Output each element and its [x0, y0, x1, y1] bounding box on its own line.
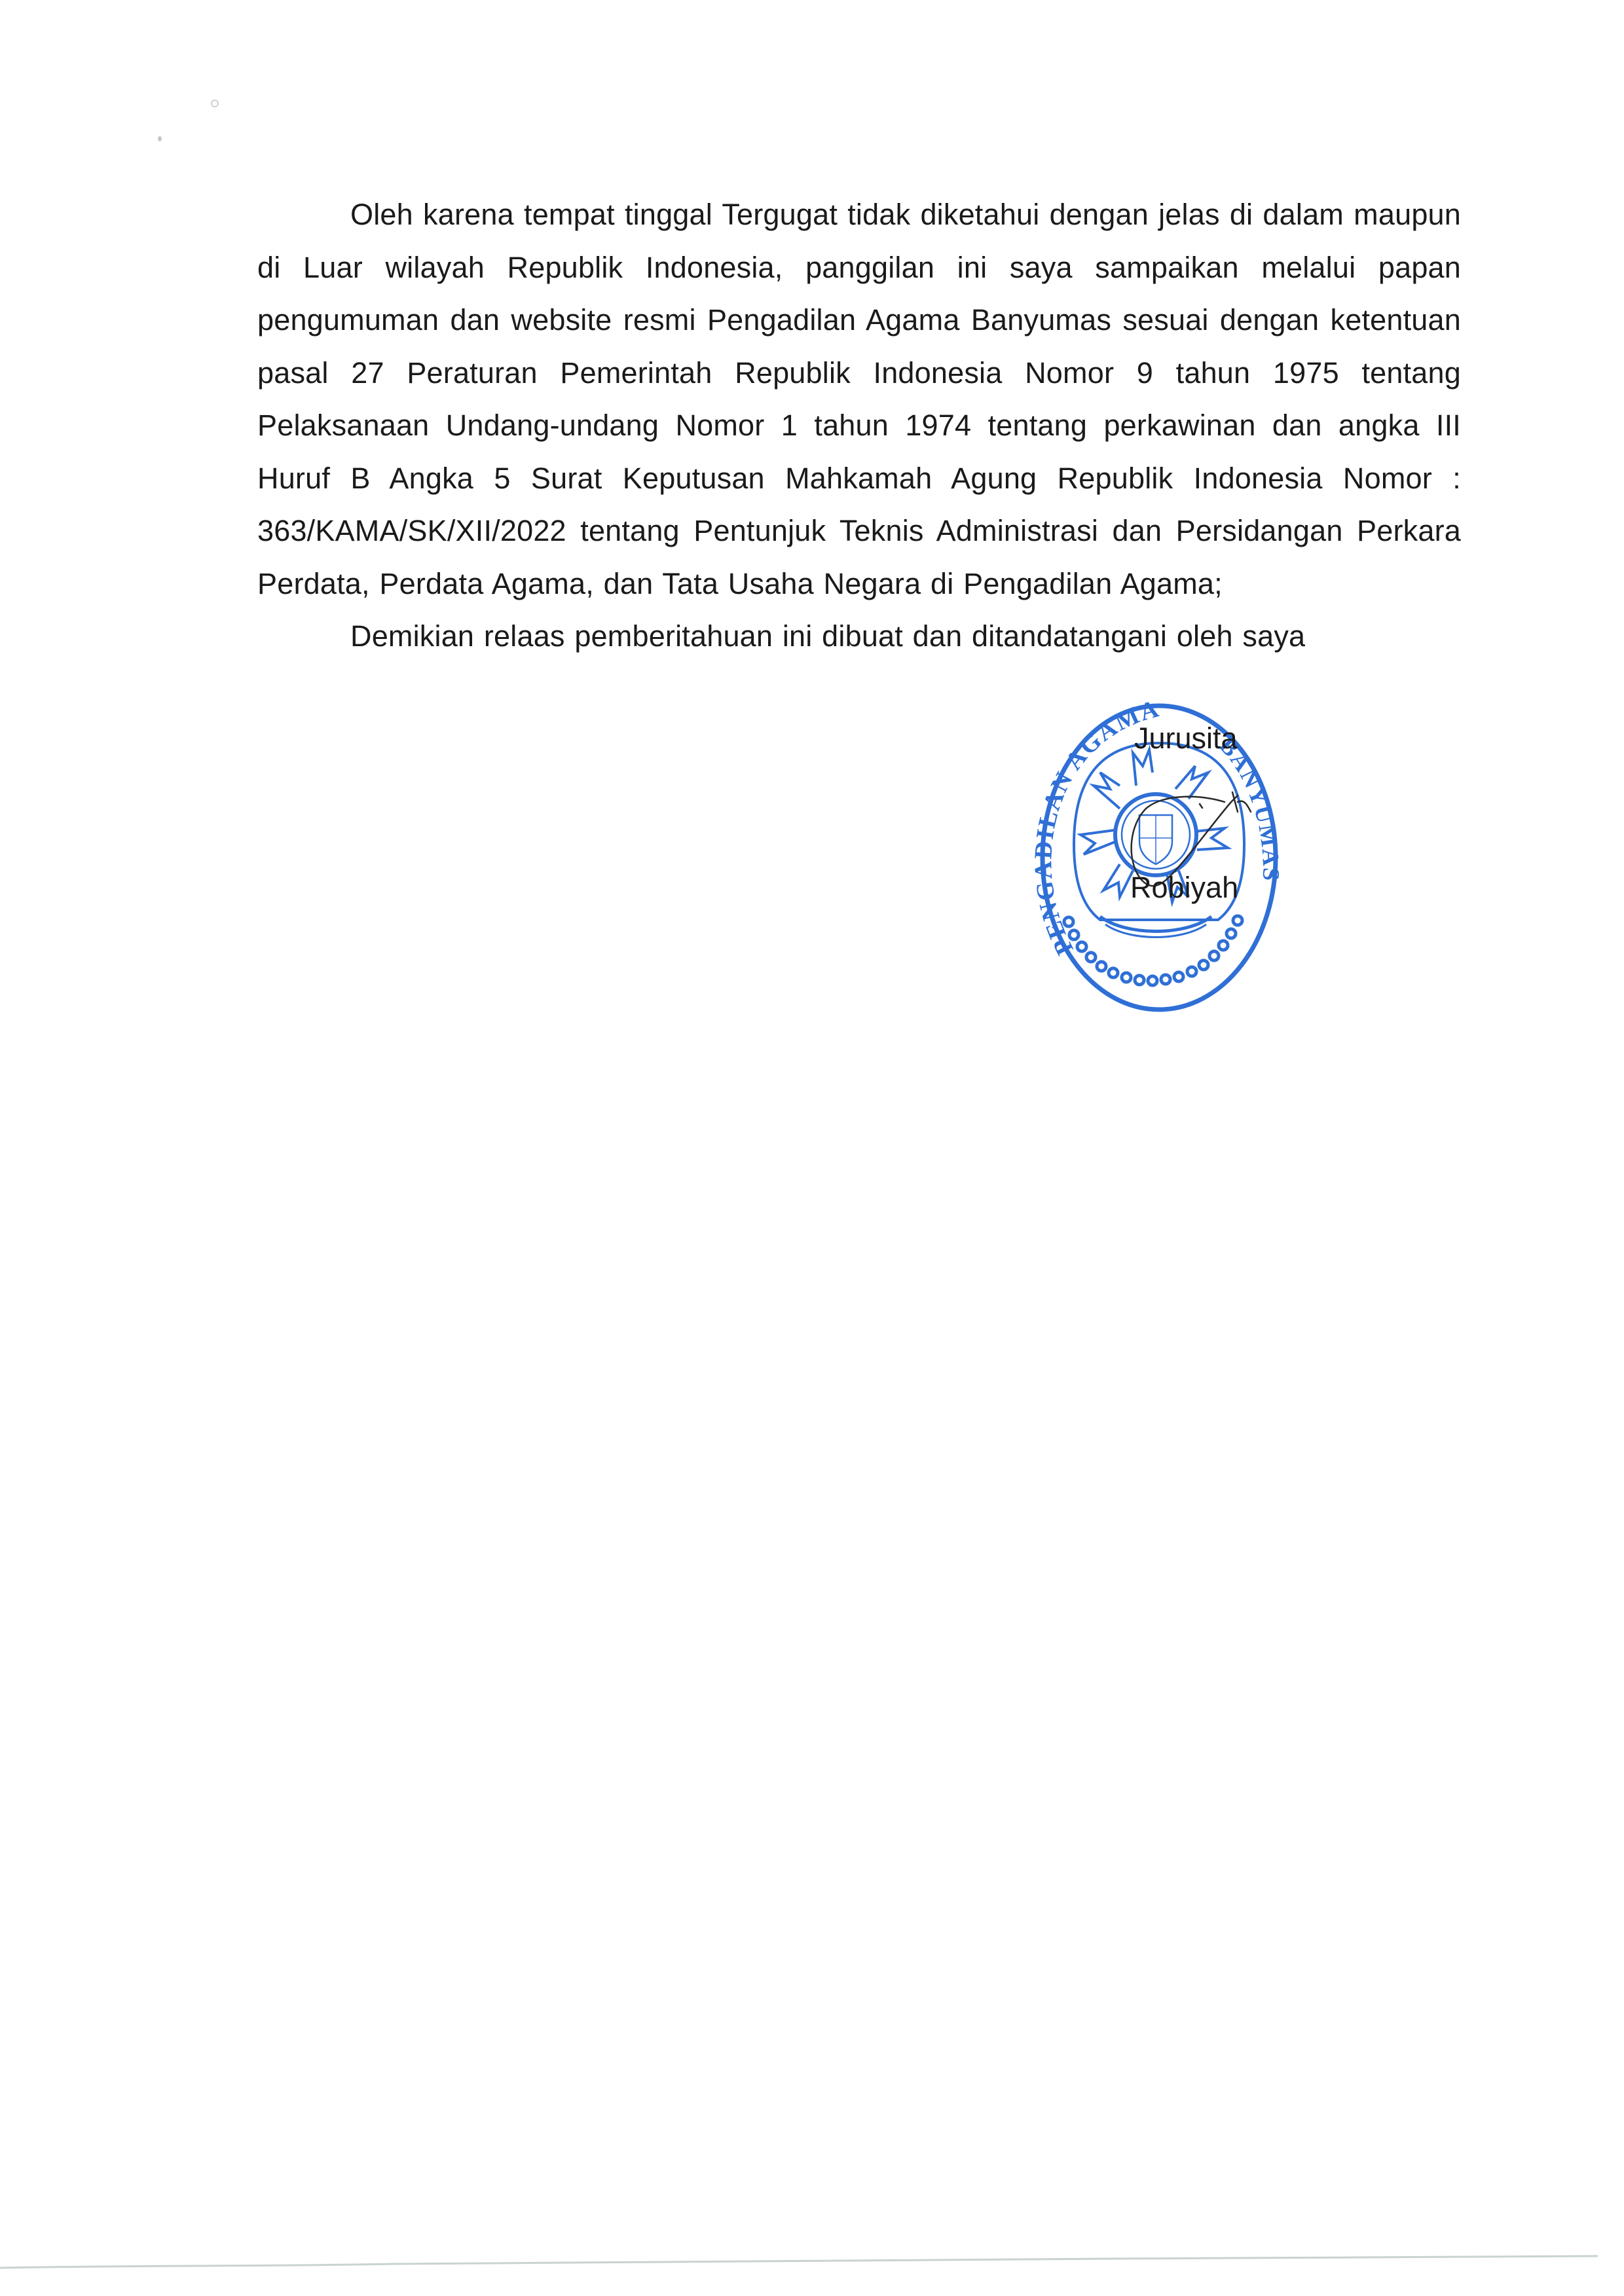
signature-block: PENGADILAN AGAMA BANYUMAS Jurusita Robiy…	[1022, 674, 1297, 1015]
signatory-name: Robiyah	[1130, 871, 1238, 905]
paragraph-main: Oleh karena tempat tinggal Tergugat tida…	[257, 189, 1461, 610]
scan-speck	[211, 100, 219, 107]
document-page: Oleh karena tempat tinggal Tergugat tida…	[0, 0, 1624, 2296]
signatory-role: Jurusita	[1134, 721, 1238, 756]
scan-bottom-edge	[0, 2252, 1624, 2278]
scan-speck	[158, 136, 162, 141]
paragraph-closing: Demikian relaas pemberitahuan ini dibuat…	[257, 610, 1461, 663]
document-body: Oleh karena tempat tinggal Tergugat tida…	[257, 189, 1461, 663]
